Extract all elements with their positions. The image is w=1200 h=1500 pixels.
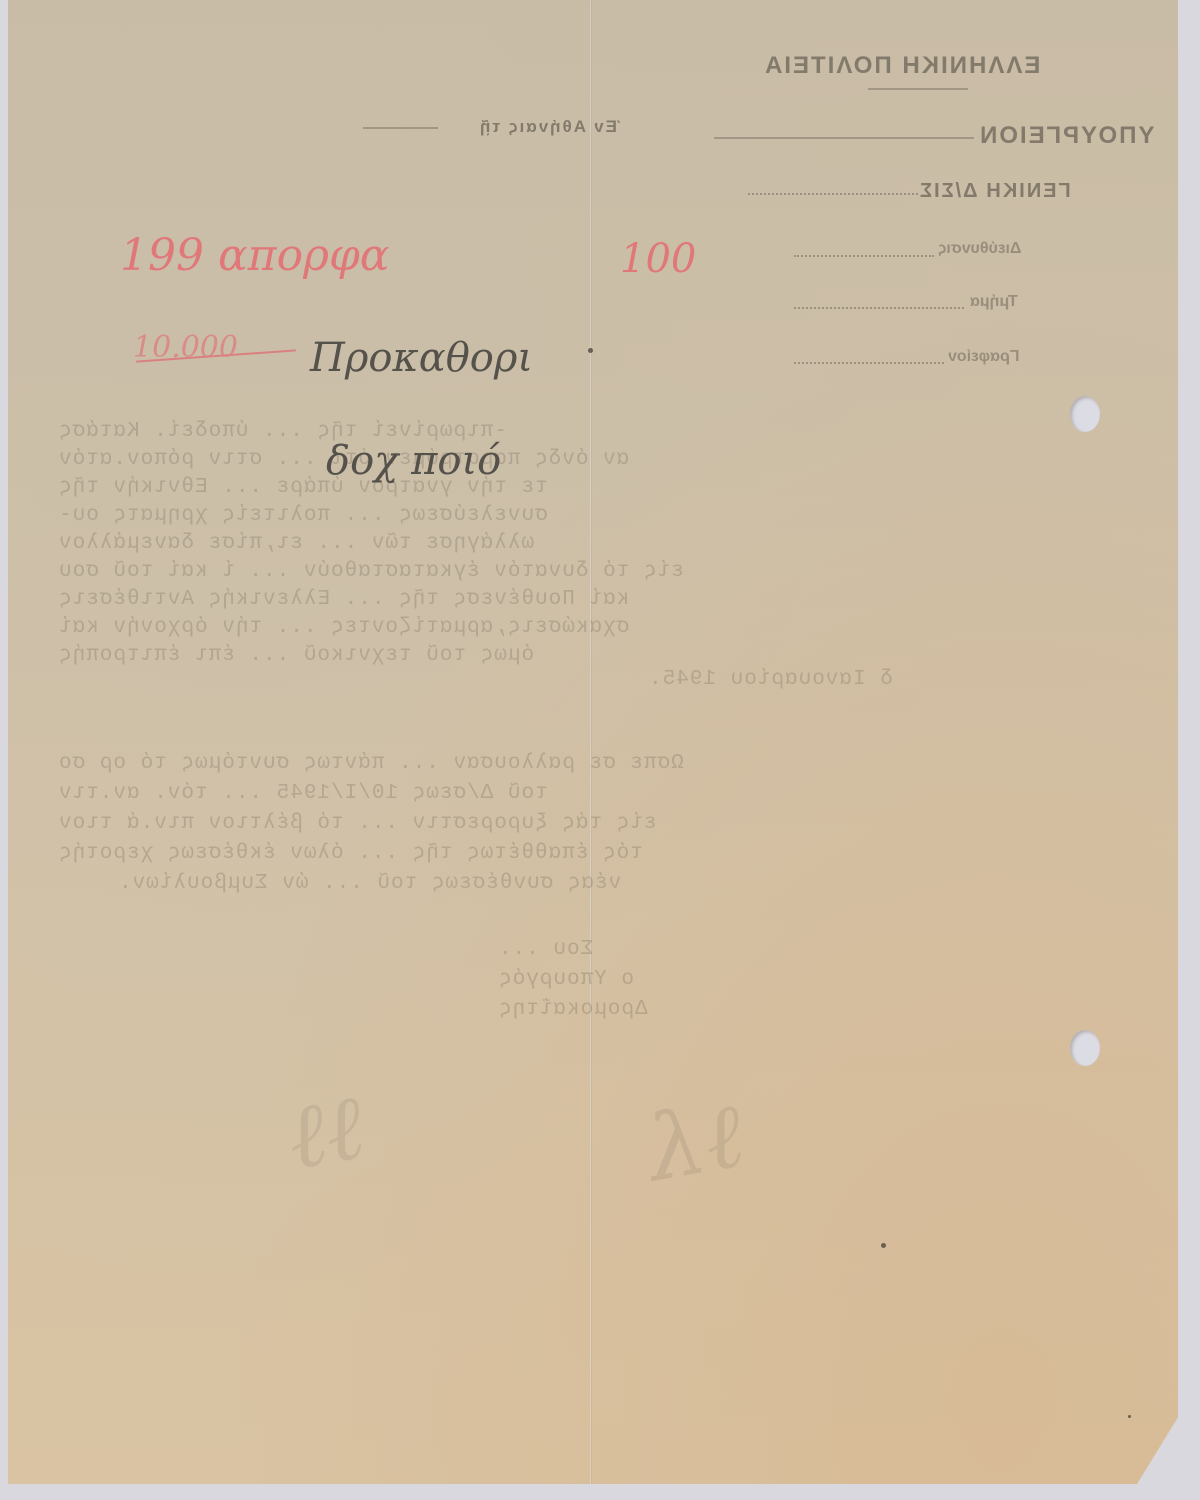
letterhead-ministry: ΥΠΟΥΡΓΕΙΟΝ [978, 122, 1154, 150]
letterhead-section: Τμήμα [970, 293, 1018, 311]
body-line: τός έπαθθέτως τῆς ... όλων έκθέσεως χερο… [58, 842, 643, 865]
date-rule [363, 127, 438, 129]
body-line: είς τάς ξυρορεστιν ... τό βέλτιον πιν.ά … [58, 812, 657, 835]
body-line: τε τήν γνατρον ύπάρε ... Εθνικήν τῆς [58, 476, 548, 499]
body-line: τοῦ Δ/σεως 10/Ι/1945 ... τόν. αν.τιν [58, 782, 548, 805]
letterhead-directorate: Διεύθυνσις [938, 240, 1021, 258]
red-annotation-reference: 199 απορφα [120, 230, 389, 281]
body-line: αν όνδς παρατρόμεν ότι ... στιν ρόπον.ατ… [58, 448, 629, 471]
signature-impression-right: λℓ [640, 1083, 751, 1203]
punch-hole-bottom [1070, 1030, 1100, 1066]
closing-line: Σου ... [498, 938, 593, 961]
letterhead-general-directorate: ΓΕΝΙΚΗ Δ/ΣΙΣ [918, 180, 1071, 203]
red-annotation-number: 100 [620, 236, 696, 282]
body-line: δ Ιανουαρίου 1945. [648, 668, 893, 691]
letterhead-dotline [794, 255, 934, 257]
letterhead-rule [714, 137, 974, 139]
letterhead-dotline [794, 362, 944, 364]
letterhead-office: Γραφείον [948, 348, 1020, 366]
body-line: ωλλάγησε τῶν ... ει,πίσε δανεμάλλον [58, 532, 534, 555]
body-line: Ωσπε σε ραλλουσαν ... πάντως συντόμως τό… [58, 752, 684, 775]
pencil-annotation-line1: Προκαθορι [310, 335, 533, 381]
letterhead-dotline [748, 193, 918, 195]
speck [881, 1243, 886, 1248]
signature-impression-left: ℓℓ [279, 1074, 371, 1190]
speck [1128, 1415, 1131, 1418]
body-line: συνελεύσεως ... πολιτείς χρηματς ου- [58, 504, 548, 527]
body-line: -πιρωρίνεί τῆς ... ύποδεί. Κατάσς [58, 420, 507, 443]
body-line: όμως τοῦ τεχνικοῦ ... έπι έπιτροπής [58, 644, 534, 667]
place-date-label: Έν Αθήναις τῇ [478, 117, 620, 137]
fold-crease [590, 0, 592, 1484]
letterhead-rule [868, 88, 968, 90]
body-line: νέας συνθέσεως τοῦ ... ών Συμβουλίων. [118, 872, 621, 895]
body-line: είς τό δυνατόν έγκατασταθούν ... ί καί τ… [58, 560, 684, 583]
speck [588, 348, 593, 353]
document-page: ΕΛΛΗΝΙΚΗ ΠΟΛΙΤΕΙΑ ΥΠΟΥΡΓΕΙΟΝ ΓΕΝΙΚΗ Δ/ΣΙ… [8, 0, 1178, 1484]
closing-line: Δρομοκαΐτης [498, 998, 648, 1021]
letterhead-dotline [794, 307, 964, 309]
body-line: καί Πουθένεσς τῆς ... Ελλενικής Αντιθέσε… [58, 588, 629, 611]
body-line: σχακώσεις,αρματίζοντες ... τήν όρχονήν κ… [58, 616, 629, 639]
closing-line: ο Υπουργός [498, 968, 634, 991]
punch-hole-top [1070, 396, 1100, 432]
letterhead-state: ΕΛΛΗΝΙΚΗ ΠΟΛΙΤΕΙΑ [763, 52, 1040, 80]
